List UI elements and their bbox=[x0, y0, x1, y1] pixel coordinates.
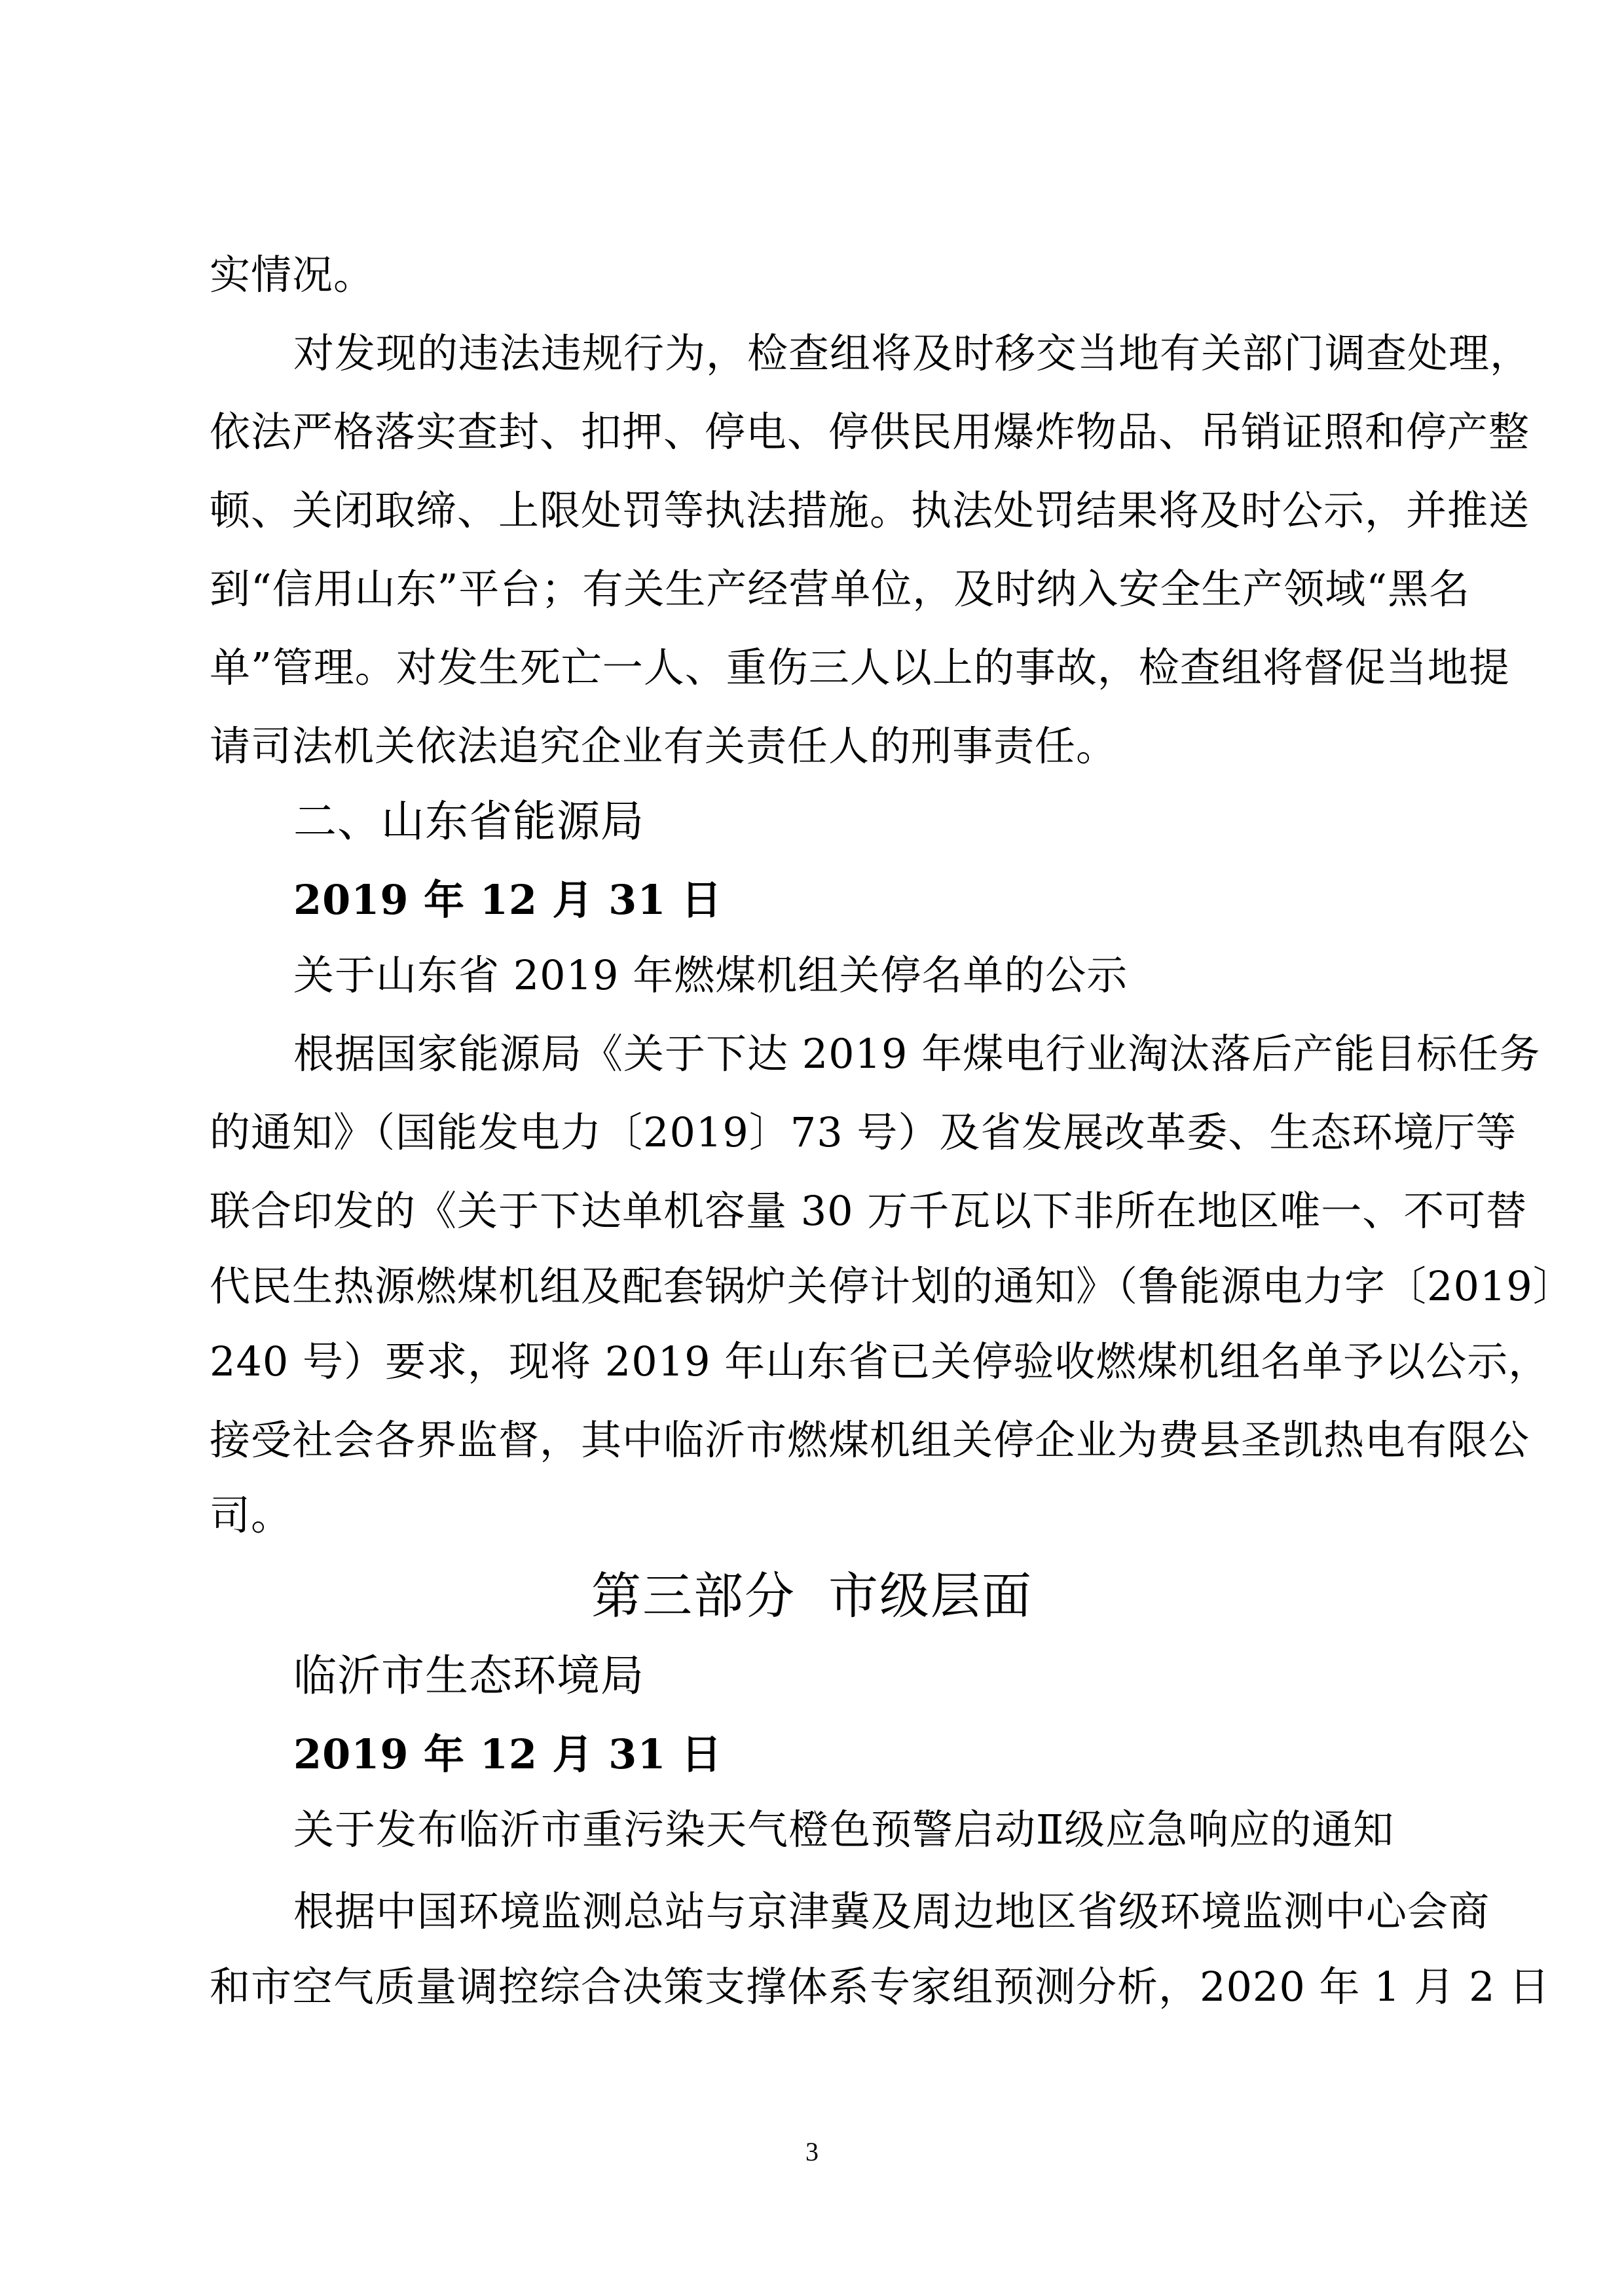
paragraph-line: 请司法机关依法追究企业有关责任人的刑事责任。 bbox=[210, 720, 1434, 773]
notice-title: 关于山东省 2019 年燃煤机组关停名单的公示 bbox=[293, 949, 1434, 1002]
paragraph-line: 的通知》（国能发电力〔2019〕73 号）及省发展改革委、生态环境厅等 bbox=[210, 1106, 1434, 1159]
paragraph-line: 240 号）要求，现将 2019 年山东省已关停验收燃煤机组名单予以公示， bbox=[210, 1336, 1434, 1388]
notice-date: 2019 年 12 月 31 日 bbox=[293, 874, 1434, 926]
part-name: 市级层面 bbox=[828, 1567, 1033, 1625]
paragraph-line: 接受社会各界监督，其中临沂市燃煤机组关停企业为费县圣凯热电有限公 bbox=[210, 1414, 1434, 1467]
paragraph-line: 依法严格落实查封、扣押、停电、停供民用爆炸物品、吊销证照和停产整 bbox=[210, 406, 1434, 458]
notice-title: 关于发布临沂市重污染天气橙色预警启动Ⅱ级应急响应的通知 bbox=[293, 1804, 1434, 1856]
paragraph-line: 根据国家能源局《关于下达 2019 年煤电行业淘汰落后产能目标任务 bbox=[293, 1028, 1434, 1080]
paragraph-line: 根据中国环境监测总站与京津冀及周边地区省级环境监测中心会商 bbox=[293, 1886, 1434, 1938]
paragraph-line: 到“信用山东”平台；有关生产经营单位，及时纳入安全生产领域“黑名 bbox=[210, 563, 1434, 615]
paragraph-line: 和市空气质量调控综合决策支撑体系专家组预测分析，2020 年 1 月 2 日 bbox=[210, 1961, 1434, 2013]
section-heading: 二、山东省能源局 bbox=[293, 795, 1434, 848]
paragraph-line: 单”管理。对发生死亡一人、重伤三人以上的事故，检查组将督促当地提 bbox=[210, 642, 1434, 694]
paragraph-continuation-line: 实情况。 bbox=[210, 249, 1434, 301]
section-heading: 临沂市生态环境局 bbox=[293, 1650, 1434, 1702]
part-title: 第三部分市级层面 bbox=[0, 1565, 1624, 1628]
paragraph-line: 对发现的违法违规行为，检查组将及时移交当地有关部门调查处理， bbox=[293, 327, 1434, 380]
paragraph-line: 司。 bbox=[210, 1489, 1434, 1542]
part-number: 第三部分 bbox=[591, 1567, 796, 1625]
notice-date: 2019 年 12 月 31 日 bbox=[293, 1728, 1434, 1781]
paragraph-line: 代民生热源燃煤机组及配套锅炉关停计划的通知》（鲁能源电力字〔2019〕 bbox=[210, 1260, 1434, 1313]
paragraph-line: 联合印发的《关于下达单机容量 30 万千瓦以下非所在地区唯一、不可替 bbox=[210, 1185, 1434, 1237]
paragraph-line: 顿、关闭取缔、上限处罚等执法措施。执法处罚结果将及时公示，并推送 bbox=[210, 484, 1434, 537]
page-number: 3 bbox=[0, 2136, 1624, 2168]
document-page: 实情况。 对发现的违法违规行为，检查组将及时移交当地有关部门调查处理， 依法严格… bbox=[0, 0, 1624, 2296]
